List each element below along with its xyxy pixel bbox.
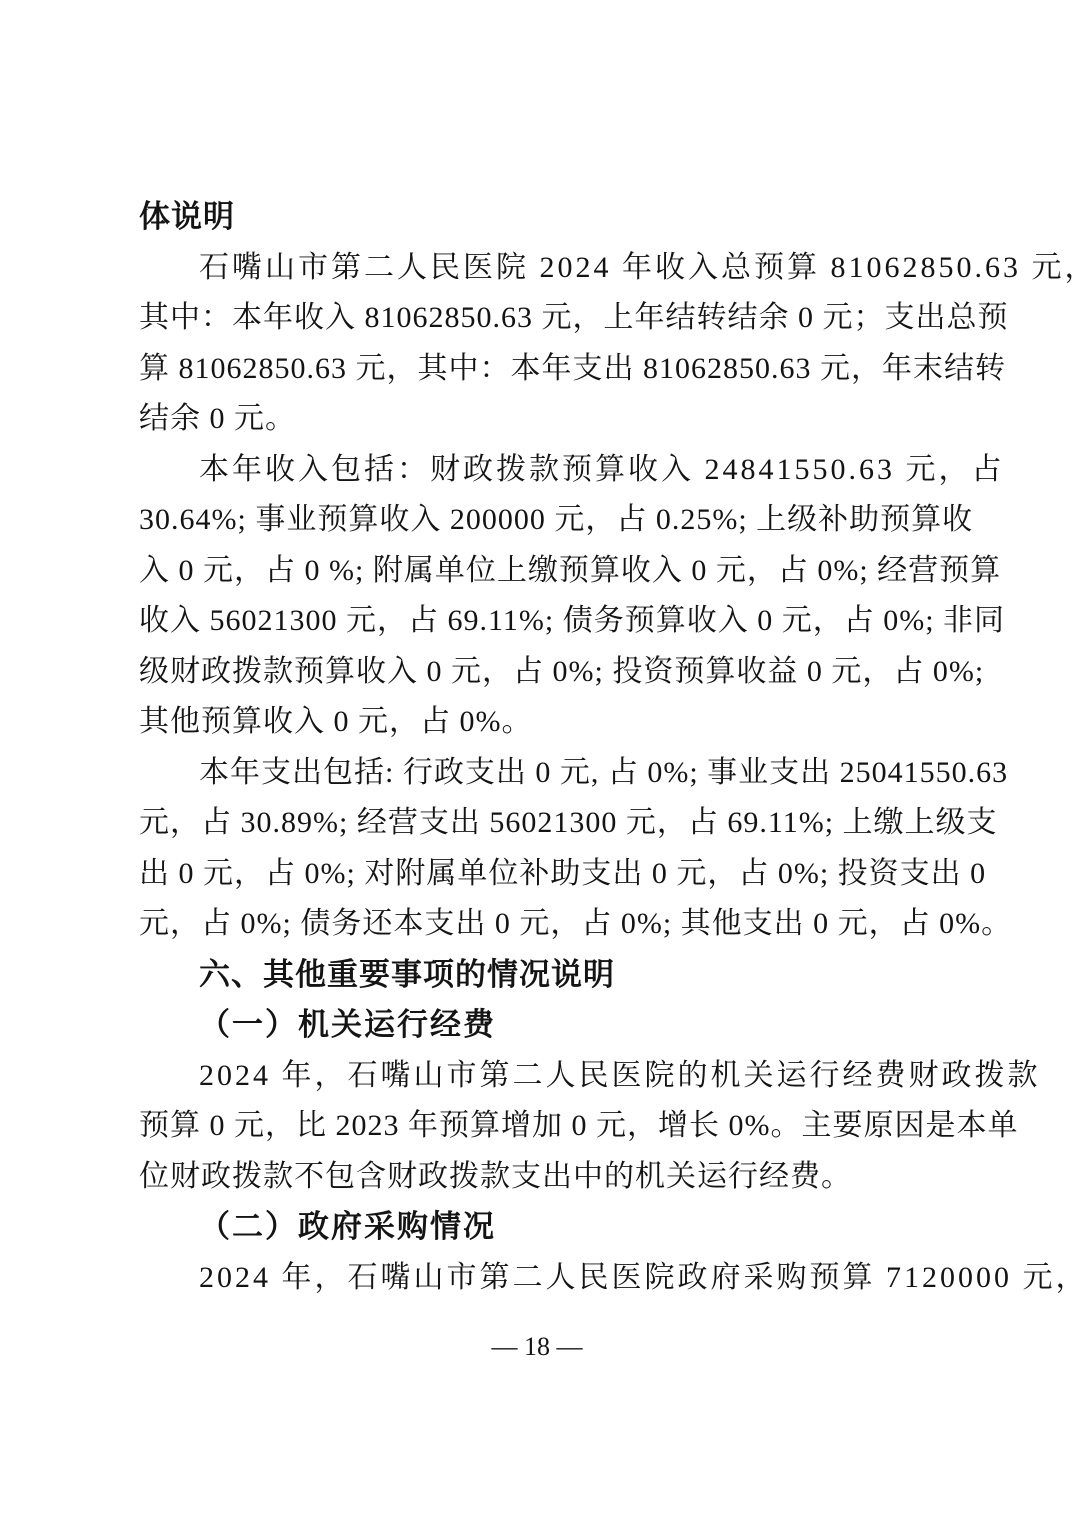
text-line: 30.64%; 事业预算收入 200000 元，占 0.25%; 上级补助预算收 <box>139 495 936 546</box>
text-line: 2024 年，石嘴山市第二人民医院的机关运行经费财政拨款 <box>139 1051 936 1102</box>
text-line: 石嘴山市第二人民医院 2024 年收入总预算 81062850.63 元， <box>139 243 936 294</box>
section-six-heading: 六、其他重要事项的情况说明 <box>139 950 936 1001</box>
text-line: 位财政拨款不包含财政拨款支出中的机关运行经费。 <box>139 1152 936 1203</box>
text-line: 本年收入包括：财政拨款预算收入 24841550.63 元，占 <box>139 445 936 496</box>
document-page: 体说明 石嘴山市第二人民医院 2024 年收入总预算 81062850.63 元… <box>0 0 1074 1520</box>
income-breakdown-paragraph: 本年收入包括：财政拨款预算收入 24841550.63 元，占 30.64%; … <box>139 445 936 748</box>
text-line: 预算 0 元，比 2023 年预算增加 0 元，增长 0%。主要原因是本单 <box>139 1101 936 1152</box>
text-line: 结余 0 元。 <box>139 394 936 445</box>
text-line: 其中：本年收入 81062850.63 元，上年结转结余 0 元；支出总预 <box>139 293 936 344</box>
text-line: 其他预算收入 0 元，占 0%。 <box>139 697 936 748</box>
text-line: 入 0 元，占 0 %; 附属单位上缴预算收入 0 元，占 0%; 经营预算 <box>139 546 936 597</box>
text-line: 级财政拨款预算收入 0 元，占 0%; 投资预算收益 0 元，占 0%; <box>139 647 936 698</box>
text-line: 出 0 元，占 0%; 对附属单位补助支出 0 元，占 0%; 投资支出 0 <box>139 849 936 900</box>
subsection-two-heading: （二）政府采购情况 <box>139 1202 936 1253</box>
page-heading-partial: 体说明 <box>139 192 936 243</box>
text-line: 元，占 0%; 债务还本支出 0 元，占 0%; 其他支出 0 元，占 0%。 <box>139 899 936 950</box>
procurement-paragraph: 2024 年，石嘴山市第二人民医院政府采购预算 7120000 元， <box>139 1253 936 1304</box>
text-line: 算 81062850.63 元，其中：本年支出 81062850.63 元，年末… <box>139 344 936 395</box>
operating-funds-paragraph: 2024 年，石嘴山市第二人民医院的机关运行经费财政拨款 预算 0 元，比 20… <box>139 1051 936 1203</box>
text-line: 本年支出包括: 行政支出 0 元, 占 0%; 事业支出 25041550.63 <box>139 748 936 799</box>
text-line: 元，占 30.89%; 经营支出 56021300 元，占 69.11%; 上缴… <box>139 798 936 849</box>
text-line: 2024 年，石嘴山市第二人民医院政府采购预算 7120000 元， <box>139 1253 936 1304</box>
expenditure-breakdown-paragraph: 本年支出包括: 行政支出 0 元, 占 0%; 事业支出 25041550.63… <box>139 748 936 950</box>
text-line: 收入 56021300 元，占 69.11%; 债务预算收入 0 元，占 0%;… <box>139 596 936 647</box>
subsection-one-heading: （一）机关运行经费 <box>139 1000 936 1051</box>
page-number: — 18 — <box>0 1332 1074 1362</box>
budget-overview-paragraph: 石嘴山市第二人民医院 2024 年收入总预算 81062850.63 元， 其中… <box>139 243 936 445</box>
document-body: 体说明 石嘴山市第二人民医院 2024 年收入总预算 81062850.63 元… <box>139 192 936 1303</box>
